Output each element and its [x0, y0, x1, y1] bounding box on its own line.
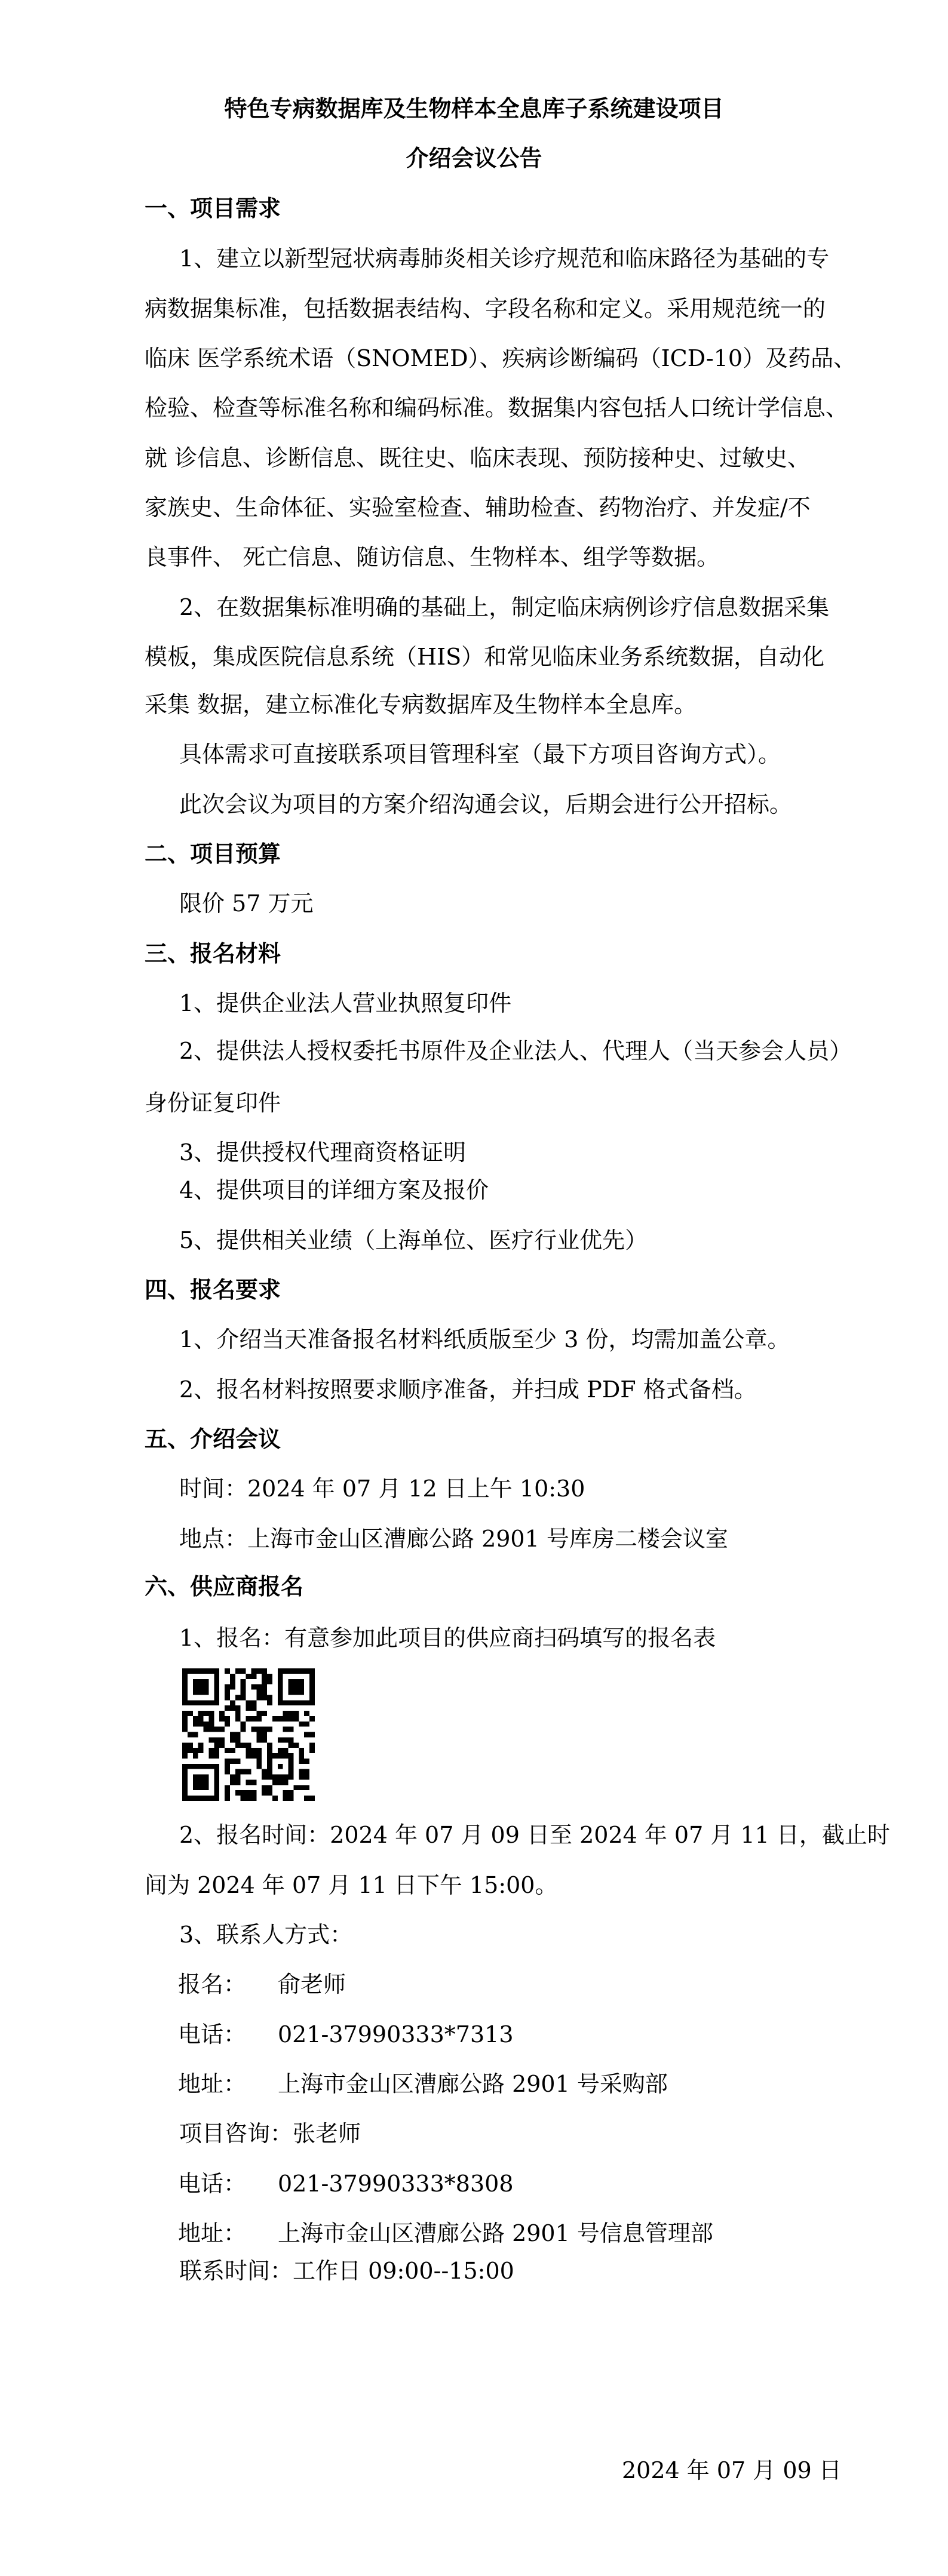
list-item: 1、报名：有意参加此项目的供应商扫码填写的报名表: [179, 1624, 716, 1652]
contact-row-address: 地址： 上海市金山区漕廊公路 2901 号信息管理部: [0, 2219, 948, 2248]
contact-row-address: 地址： 上海市金山区漕廊公路 2901 号采购部: [0, 2070, 948, 2098]
contact-row-hours: 联系时间：工作日 09:00--15:00: [179, 2257, 514, 2285]
document-title: 特色专病数据库及生物样本全息库子系统建设项目: [0, 94, 948, 124]
list-item: 3、联系人方式：: [179, 1920, 352, 1949]
section-heading-materials: 三、报名材料: [145, 939, 281, 968]
list-item-continuation: 间为 2024 年 07 月 11 日下午 15:00。: [145, 1871, 557, 1899]
list-item: 2、报名材料按照要求顺序准备，并扫成 PDF 格式备档。: [179, 1375, 757, 1404]
meeting-time: 时间：2024 年 07 月 12 日上午 10:30: [179, 1474, 585, 1503]
list-item: 1、提供企业法人营业执照复印件: [179, 989, 511, 1018]
budget-value: 限价 57 万元: [179, 889, 314, 918]
contact-value: 上海市金山区漕廊公路 2901 号信息管理部: [278, 2219, 713, 2248]
contact-label: 电话：: [178, 2169, 246, 2198]
paragraph-line: 采集 数据，建立标准化专病数据库及生物样本全息库。: [145, 690, 697, 719]
paragraph-line: 此次会议为项目的方案介绍沟通会议，后期会进行公开招标。: [179, 790, 792, 819]
paragraph-line: 就 诊信息、诊断信息、既往史、临床表现、预防接种史、过敏史、: [145, 444, 806, 472]
paragraph-line: 具体需求可直接联系项目管理科室（最下方项目咨询方式）。: [179, 740, 781, 769]
contact-value: 021-37990333*7313: [278, 2020, 514, 2049]
contact-label: 项目咨询：: [179, 2120, 293, 2147]
paragraph-line: 模板，集成医院信息系统（HIS）和常见临床业务系统数据，自动化: [145, 643, 806, 671]
section-heading-budget: 二、项目预算: [145, 840, 281, 868]
list-item: 2、报名时间：2024 年 07 月 09 日至 2024 年 07 月 11 …: [179, 1821, 806, 1849]
list-item: 2、提供法人授权委托书原件及企业法人、代理人（当天参会人员）: [179, 1037, 806, 1065]
contact-row-phone: 电话： 021-37990333*7313: [0, 2020, 948, 2049]
contact-value: 021-37990333*8308: [278, 2169, 514, 2198]
section-heading-supplier-registration: 六、供应商报名: [145, 1572, 303, 1601]
contact-value: 上海市金山区漕廊公路 2901 号采购部: [278, 2070, 668, 2098]
paragraph-line: 2、在数据集标准明确的基础上，制定临床病例诊疗信息数据采集: [179, 593, 806, 622]
contact-label: 报名：: [178, 1970, 246, 1999]
list-item: 1、介绍当天准备报名材料纸质版至少 3 份，均需加盖公章。: [179, 1325, 790, 1354]
document-subtitle: 介绍会议公告: [0, 143, 948, 173]
contact-label: 联系时间：: [179, 2258, 293, 2284]
contact-row-project-consult: 项目咨询：张老师: [179, 2119, 361, 2148]
section-heading-registration-requirements: 四、报名要求: [145, 1275, 281, 1304]
contact-row-phone: 电话： 021-37990333*8308: [0, 2169, 948, 2198]
qr-code-icon[interactable]: [182, 1668, 315, 1801]
document-date: 2024 年 07 月 09 日: [622, 2456, 842, 2485]
list-item: 5、提供相关业绩（上海单位、医疗行业优先）: [179, 1226, 648, 1255]
contact-value: 张老师: [293, 2120, 361, 2147]
contact-value: 俞老师: [278, 1970, 346, 1999]
section-heading-meeting: 五、介绍会议: [145, 1425, 281, 1453]
list-item: 4、提供项目的详细方案及报价: [179, 1176, 489, 1204]
list-item-continuation: 身份证复印件: [145, 1089, 281, 1117]
paragraph-line: 良事件、 死亡信息、随访信息、生物样本、组学等数据。: [145, 543, 719, 571]
paragraph-line: 临床 医学系统术语（SNOMED）、疾病诊断编码（ICD-10）及药品、: [145, 344, 806, 373]
contact-label: 电话：: [178, 2020, 246, 2049]
paragraph-line: 检验、检查等标准名称和编码标准。数据集内容包括人口统计学信息、: [145, 394, 806, 422]
paragraph-line: 1、建立以新型冠状病毒肺炎相关诊疗规范和临床路径为基础的专: [179, 244, 806, 273]
announcement-page: 特色专病数据库及生物样本全息库子系统建设项目 介绍会议公告 一、项目需求 1、建…: [0, 0, 948, 2576]
list-item: 3、提供授权代理商资格证明: [179, 1138, 466, 1167]
contact-label: 地址：: [178, 2070, 246, 2098]
section-heading-requirements: 一、项目需求: [145, 194, 281, 223]
meeting-location: 地点：上海市金山区漕廊公路 2901 号库房二楼会议室: [179, 1524, 728, 1553]
paragraph-line: 病数据集标准，包括数据表结构、字段名称和定义。采用规范统一的: [145, 294, 806, 323]
contact-label: 地址：: [178, 2219, 246, 2248]
contact-value: 工作日 09:00--15:00: [293, 2258, 514, 2284]
paragraph-line: 家族史、生命体征、实验室检查、辅助检查、药物治疗、并发症/不: [145, 493, 806, 522]
contact-row-registration: 报名： 俞老师: [0, 1970, 948, 1999]
